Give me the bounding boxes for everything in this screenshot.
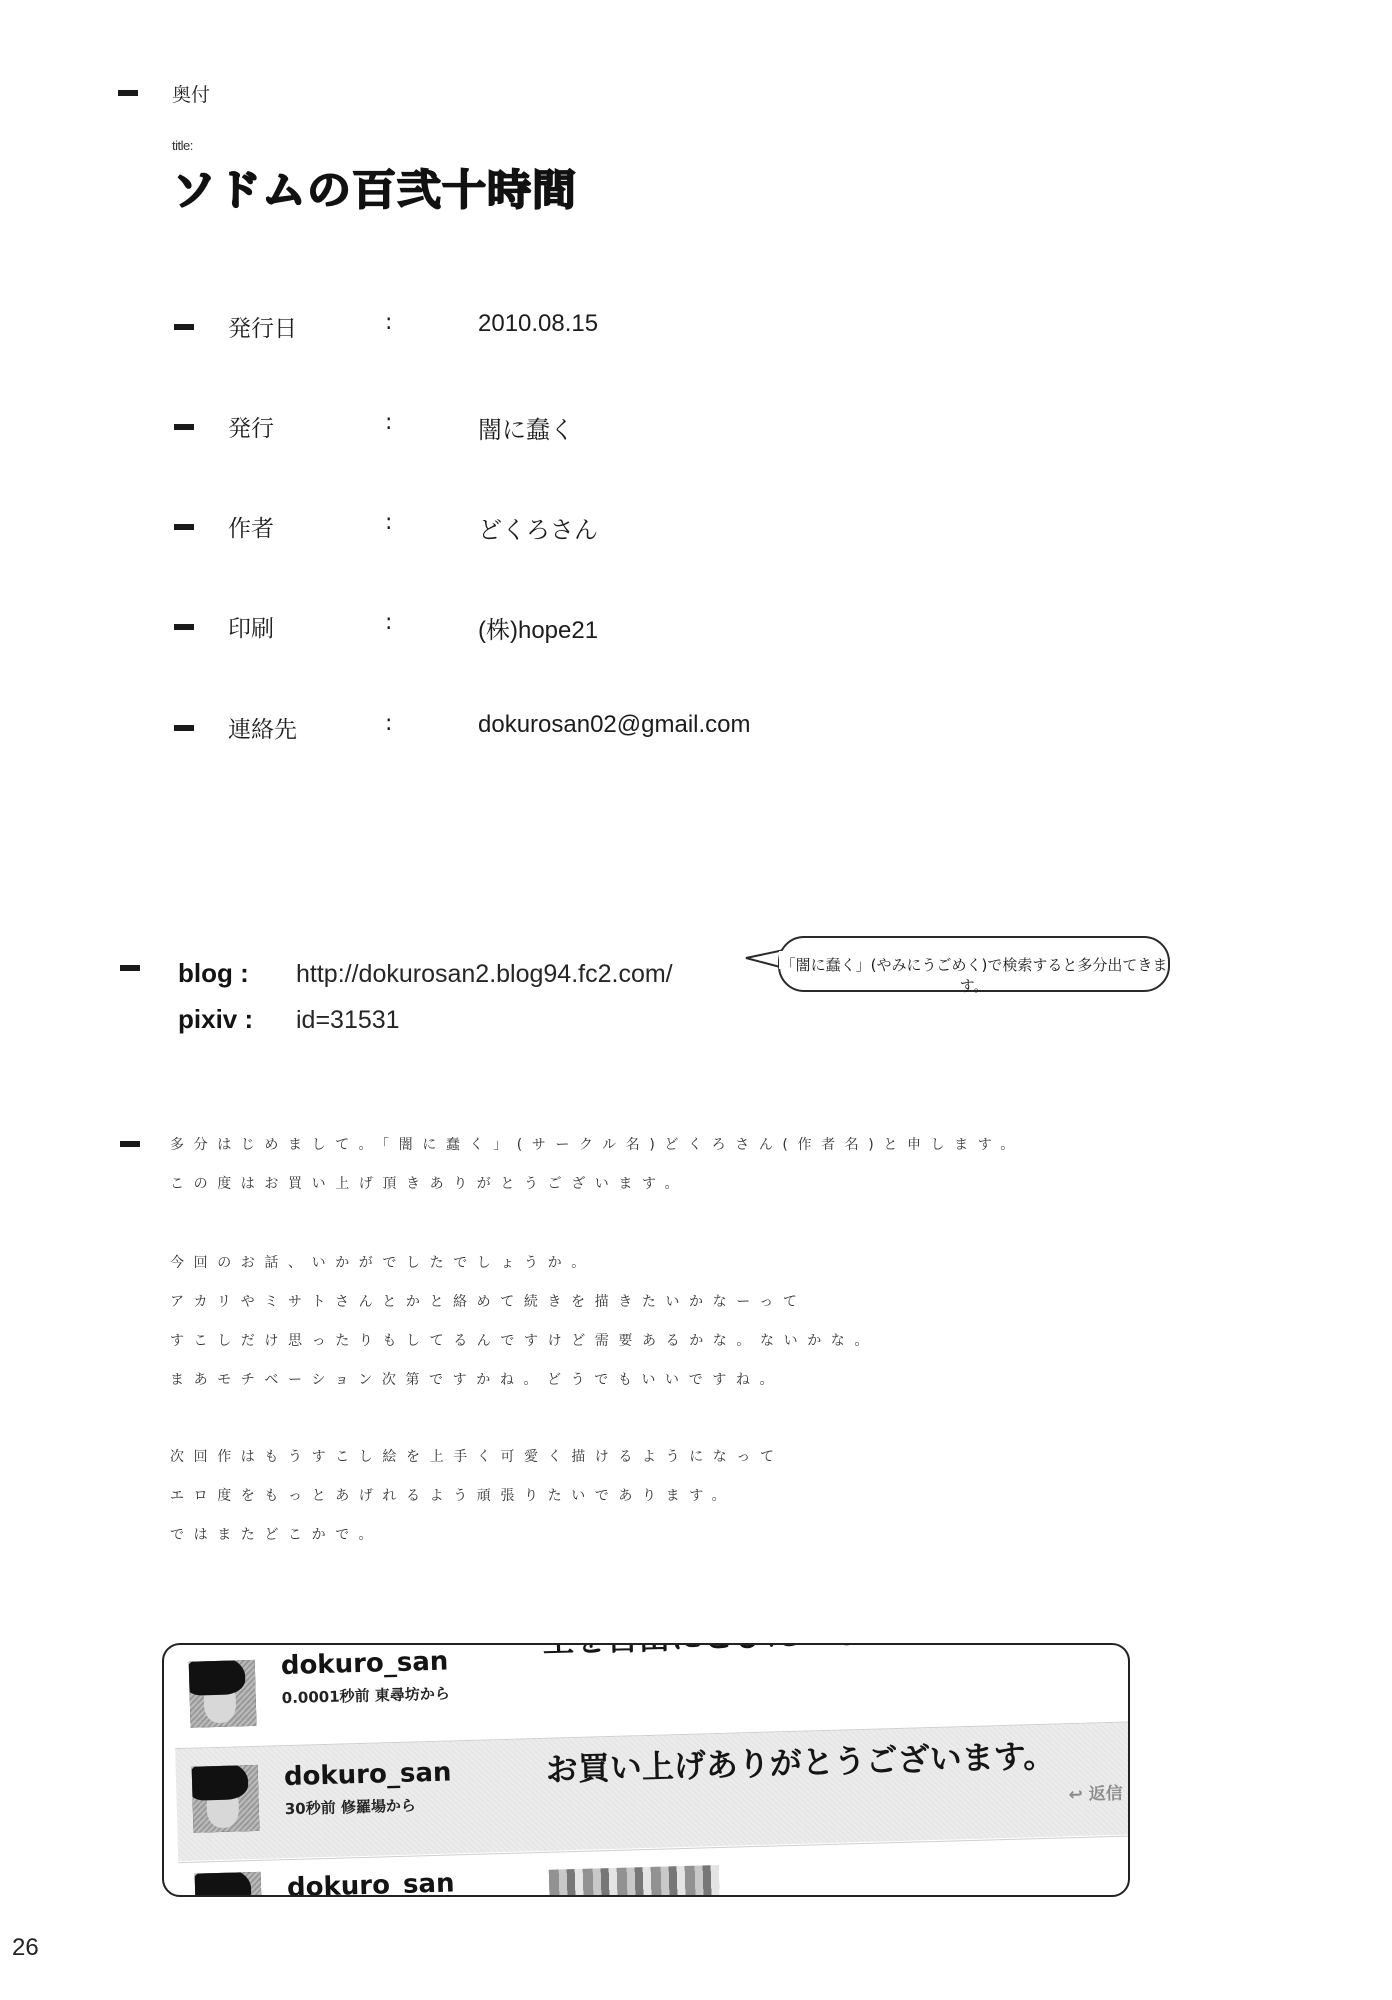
avatar — [189, 1660, 257, 1728]
info-colon: : — [385, 510, 392, 535]
info-row-publish-date: 発行日 : 2010.08.15 — [0, 310, 1392, 350]
message-line: アカリやミサトさんとかと絡めて続きを描きたいかなーって — [170, 1291, 807, 1311]
info-row-contact: 連絡先 : dokurosan02@gmail.com — [0, 711, 1392, 751]
row-bullet — [174, 624, 194, 630]
row-bullet — [174, 725, 194, 731]
speech-bubble-text: 「闇に蠢く」(やみにうごめく)で検索すると多分出てきます。 — [780, 954, 1168, 996]
info-value: 闇に蠢く — [478, 410, 574, 445]
info-value: 2010.08.15 — [478, 310, 598, 338]
info-key: 印刷 — [228, 610, 274, 643]
info-key: 作者 — [228, 510, 274, 543]
blog-label: blog : — [178, 958, 249, 989]
bubble-tail-cover — [779, 951, 785, 969]
message-line: エロ度をもっとあげれるよう頑張りたいであります。 — [170, 1485, 735, 1505]
tweet-text: お買い上げありがとうございます。 — [545, 1731, 1056, 1791]
message-line: まあモチベーション次第ですかね。どうでもいいですね。 — [170, 1369, 783, 1389]
page-number: 26 — [12, 1934, 39, 1962]
message-line: 今回のお話、いかがでしたでしょうか。 — [170, 1252, 595, 1272]
tweet-meta: 30秒前 修羅場から — [285, 1794, 417, 1819]
tweet-item: dokuro_san 0.0001秒前 東尋坊から 空を自由にとびたいな — [172, 1643, 1130, 1728]
message-line: すこしだけ思ったりもしてるんですけど需要あるかな。ないかな。 — [170, 1330, 878, 1350]
info-key: 連絡先 — [228, 711, 297, 744]
tweet-username: dokuro_san — [284, 1757, 452, 1792]
row-bullet — [174, 324, 194, 330]
info-row-publisher: 発行 : 闇に蠢く — [0, 410, 1392, 450]
row-bullet — [174, 424, 194, 430]
row-bullet — [174, 524, 194, 530]
section-label: 奥付 — [172, 80, 210, 107]
info-colon: : — [385, 410, 392, 435]
section-bullet — [120, 965, 140, 971]
info-value: どくろさん — [478, 510, 598, 545]
page-title: ソドムの百弐十時間 — [172, 156, 577, 217]
info-key: 発行日 — [228, 310, 297, 343]
info-colon: : — [385, 711, 392, 736]
pixiv-label: pixiv : — [178, 1004, 253, 1035]
info-value: (株)hope21 — [478, 610, 598, 645]
message-line: 多分はじめまして。「闇に蠢く」(サークル名)どくろさん(作者名)と申します。 — [170, 1134, 1024, 1154]
avatar — [195, 1872, 263, 1897]
message-line: この度はお買い上げ頂きありがとうございます。 — [170, 1173, 688, 1193]
section-bullet — [118, 90, 138, 96]
info-colon: : — [385, 610, 392, 635]
message-line: 次回作はもうすこし絵を上手く可愛く描けるようになって — [170, 1446, 784, 1466]
message-line: ではまたどこかで。 — [170, 1524, 382, 1544]
tweet-username: dokuro_san — [280, 1647, 448, 1682]
blog-link[interactable]: http://dokurosan2.blog94.fc2.com/ — [296, 960, 673, 989]
tweet-list: dokuro_san 0.0001秒前 東尋坊から 空を自由にとびたいな dok… — [162, 1643, 1130, 1897]
section-bullet — [120, 1141, 140, 1147]
censored-text — [549, 1865, 720, 1897]
info-row-printer: 印刷 : (株)hope21 — [0, 610, 1392, 650]
title-label: title: — [172, 138, 193, 153]
speech-bubble: 「闇に蠢く」(やみにうごめく)で検索すると多分出てきます。 — [778, 936, 1170, 992]
info-row-author: 作者 : どくろさん — [0, 510, 1392, 550]
avatar — [192, 1765, 260, 1833]
tweet-text: 空を自由にとびたいな — [542, 1643, 863, 1662]
info-key: 発行 — [228, 410, 274, 443]
reply-button[interactable]: ↩ 返信 — [1068, 1779, 1123, 1806]
tweet-screenshot: dokuro_san 0.0001秒前 東尋坊から 空を自由にとびたいな dok… — [162, 1643, 1130, 1897]
contact-email[interactable]: dokurosan02@gmail.com — [478, 711, 751, 739]
info-colon: : — [385, 310, 392, 335]
tweet-meta: 0.0001秒前 東尋坊から — [281, 1682, 450, 1708]
pixiv-id[interactable]: id=31531 — [296, 1006, 400, 1035]
tweet-username: dokuro_san — [287, 1868, 455, 1897]
